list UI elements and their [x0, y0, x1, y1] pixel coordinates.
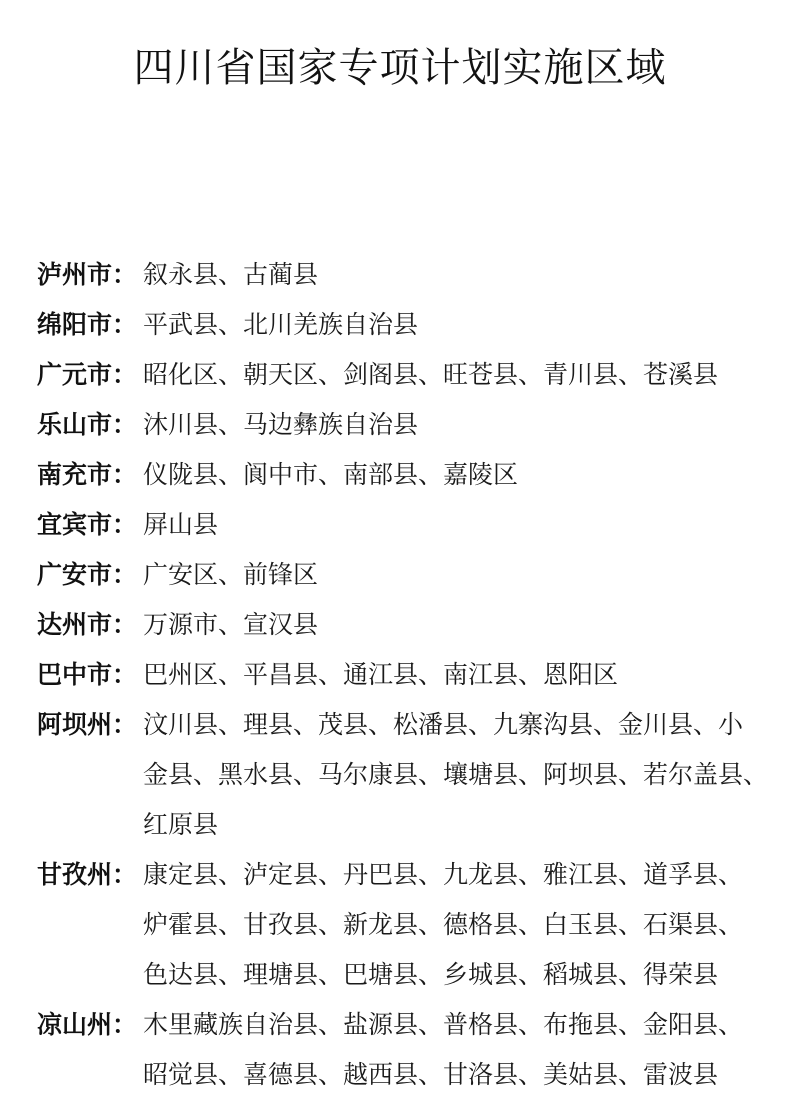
county-line: 屏山县 [143, 500, 777, 550]
region-counties: 汶川县、理县、茂县、松潘县、九寨沟县、金川县、小 金县、黑水县、马尔康县、壤塘县… [143, 700, 777, 850]
county-line: 广安区、前锋区 [143, 550, 777, 600]
region-label: 宜宾市： [37, 500, 143, 550]
region-counties: 广安区、前锋区 [143, 550, 777, 600]
county-line: 木里藏族自治县、盐源县、普格县、布拖县、金阳县、 [143, 1000, 777, 1050]
region-counties: 康定县、泸定县、丹巴县、九龙县、雅江县、道孚县、 炉霍县、甘孜县、新龙县、德格县… [143, 850, 777, 1000]
region-counties: 昭化区、朝天区、剑阁县、旺苍县、青川县、苍溪县 [143, 350, 777, 400]
region-counties: 木里藏族自治县、盐源县、普格县、布拖县、金阳县、 昭觉县、喜德县、越西县、甘洛县… [143, 1000, 777, 1100]
county-line: 金县、黑水县、马尔康县、壤塘县、阿坝县、若尔盖县、 [143, 750, 777, 800]
region-label: 南充市： [37, 450, 143, 500]
region-counties: 巴州区、平昌县、通江县、南江县、恩阳区 [143, 650, 777, 700]
county-line: 叙永县、古蔺县 [143, 250, 777, 300]
region-counties: 屏山县 [143, 500, 777, 550]
county-line: 平武县、北川羌族自治县 [143, 300, 777, 350]
region-label: 甘孜州： [37, 850, 143, 900]
region-row-dazhou: 达州市： 万源市、宣汉县 [37, 600, 777, 650]
region-label: 凉山州： [37, 1000, 143, 1050]
county-line: 色达县、理塘县、巴塘县、乡城县、稻城县、得荣县 [143, 950, 777, 1000]
region-label: 泸州市： [37, 250, 143, 300]
county-line: 昭觉县、喜德县、越西县、甘洛县、美姑县、雷波县 [143, 1050, 777, 1100]
county-line: 汶川县、理县、茂县、松潘县、九寨沟县、金川县、小 [143, 700, 777, 750]
region-row-liangshan: 凉山州： 木里藏族自治县、盐源县、普格县、布拖县、金阳县、 昭觉县、喜德县、越西… [37, 1000, 777, 1100]
region-row-bazhong: 巴中市： 巴州区、平昌县、通江县、南江县、恩阳区 [37, 650, 777, 700]
region-label: 巴中市： [37, 650, 143, 700]
region-counties: 沐川县、马边彝族自治县 [143, 400, 777, 450]
page-title: 四川省国家专项计划实施区域 [0, 40, 800, 96]
region-counties: 万源市、宣汉县 [143, 600, 777, 650]
county-line: 仪陇县、阆中市、南部县、嘉陵区 [143, 450, 777, 500]
region-row-leshan: 乐山市： 沐川县、马边彝族自治县 [37, 400, 777, 450]
county-line: 沐川县、马边彝族自治县 [143, 400, 777, 450]
region-row-guangyuan: 广元市： 昭化区、朝天区、剑阁县、旺苍县、青川县、苍溪县 [37, 350, 777, 400]
region-row-luzhou: 泸州市： 叙永县、古蔺县 [37, 250, 777, 300]
county-line: 红原县 [143, 800, 777, 850]
region-list: 泸州市： 叙永县、古蔺县 绵阳市： 平武县、北川羌族自治县 广元市： 昭化区、朝… [37, 250, 777, 1100]
region-label: 广安市： [37, 550, 143, 600]
region-row-ganzi: 甘孜州： 康定县、泸定县、丹巴县、九龙县、雅江县、道孚县、 炉霍县、甘孜县、新龙… [37, 850, 777, 1000]
county-line: 炉霍县、甘孜县、新龙县、德格县、白玉县、石渠县、 [143, 900, 777, 950]
region-label: 广元市： [37, 350, 143, 400]
region-counties: 平武县、北川羌族自治县 [143, 300, 777, 350]
county-line: 昭化区、朝天区、剑阁县、旺苍县、青川县、苍溪县 [143, 350, 777, 400]
county-line: 康定县、泸定县、丹巴县、九龙县、雅江县、道孚县、 [143, 850, 777, 900]
county-line: 万源市、宣汉县 [143, 600, 777, 650]
region-row-aba: 阿坝州： 汶川县、理县、茂县、松潘县、九寨沟县、金川县、小 金县、黑水县、马尔康… [37, 700, 777, 850]
region-counties: 叙永县、古蔺县 [143, 250, 777, 300]
region-row-nanchong: 南充市： 仪陇县、阆中市、南部县、嘉陵区 [37, 450, 777, 500]
region-row-mianyang: 绵阳市： 平武县、北川羌族自治县 [37, 300, 777, 350]
region-label: 乐山市： [37, 400, 143, 450]
region-label: 达州市： [37, 600, 143, 650]
region-label: 绵阳市： [37, 300, 143, 350]
region-counties: 仪陇县、阆中市、南部县、嘉陵区 [143, 450, 777, 500]
region-label: 阿坝州： [37, 700, 143, 750]
region-row-yibin: 宜宾市： 屏山县 [37, 500, 777, 550]
region-row-guangan: 广安市： 广安区、前锋区 [37, 550, 777, 600]
county-line: 巴州区、平昌县、通江县、南江县、恩阳区 [143, 650, 777, 700]
